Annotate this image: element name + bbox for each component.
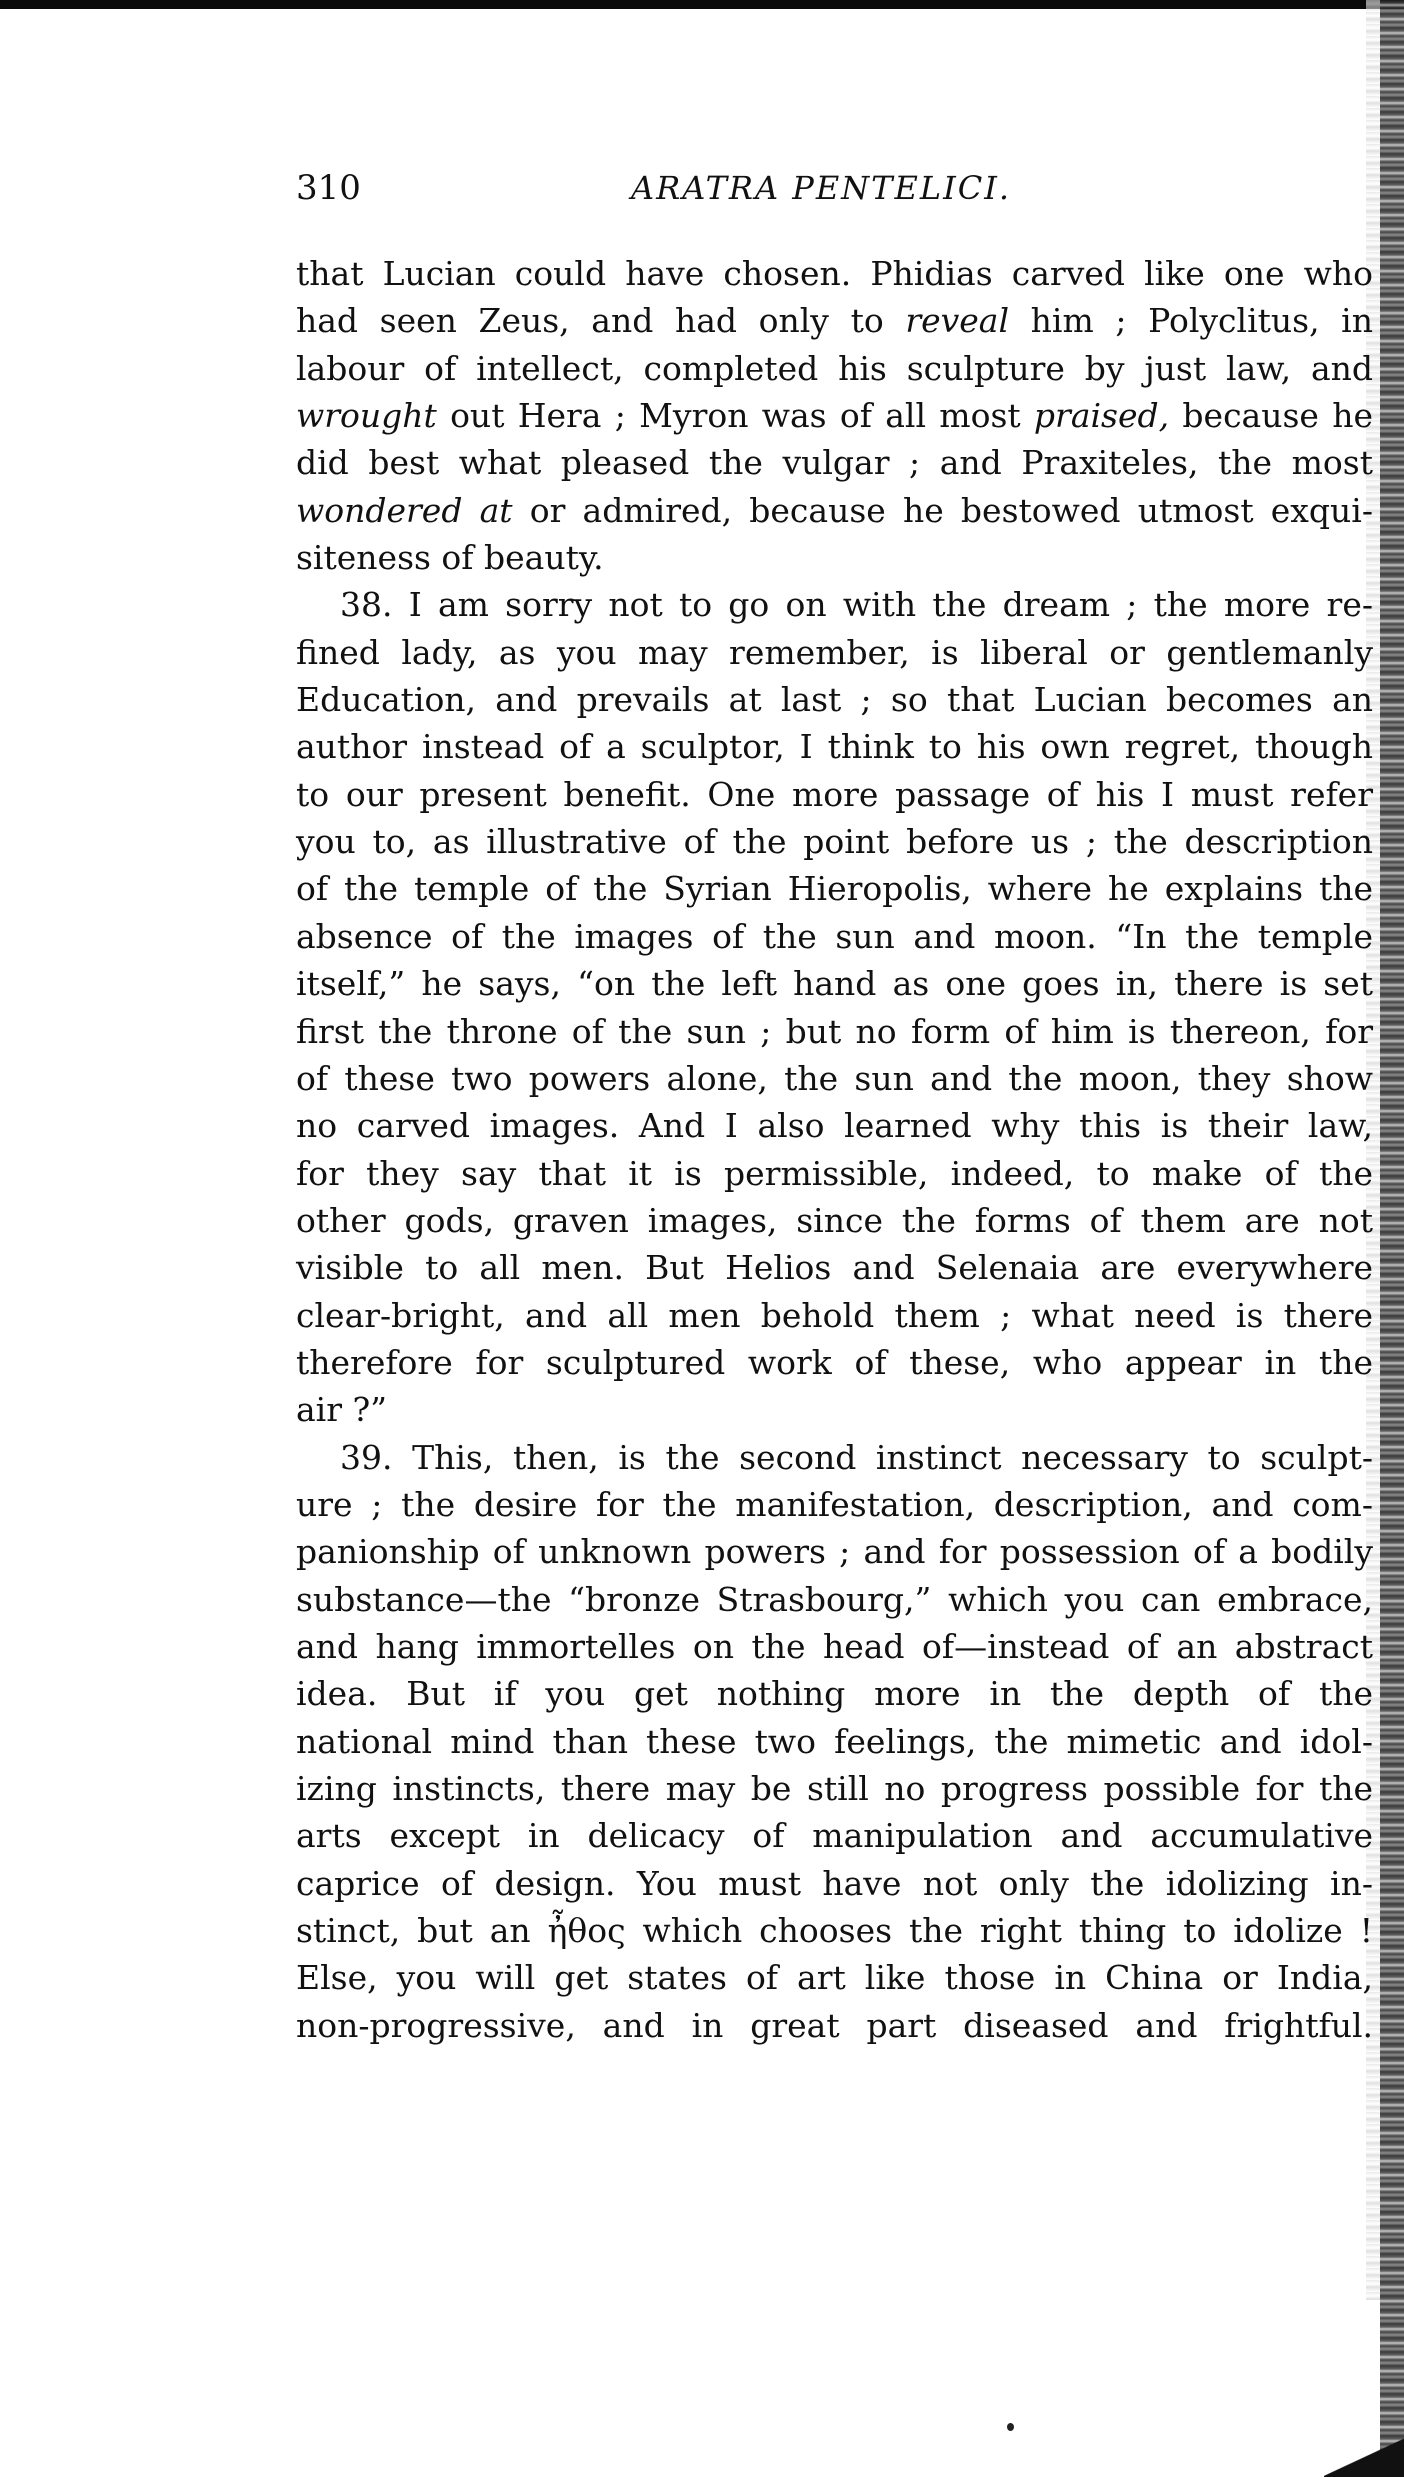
text-line: that Lucian could have chosen. Phidias c… bbox=[296, 250, 1373, 297]
running-title: ARATRA PENTELICI. bbox=[631, 166, 1011, 210]
emphasis: wrought bbox=[296, 396, 437, 435]
page-number: 310 bbox=[296, 166, 361, 210]
text-line: to our present benefit. One more passage… bbox=[296, 771, 1373, 818]
paragraph-p37-end: that Lucian could have chosen. Phidias c… bbox=[296, 250, 1373, 581]
paragraph-p38: 38. I am sorry not to go on with the dre… bbox=[296, 581, 1373, 1433]
scan-bottom-corner bbox=[1324, 2417, 1404, 2477]
text-line: fined lady, as you may remember, is libe… bbox=[296, 629, 1373, 676]
text-line: absence of the images of the sun and moo… bbox=[296, 913, 1373, 960]
text-line: other gods, graven images, since the for… bbox=[296, 1197, 1373, 1244]
text-line: of the temple of the Syrian Hieropolis, … bbox=[296, 865, 1373, 912]
emphasis: praised, bbox=[1034, 396, 1169, 435]
text-line: non-progressive, and in great part disea… bbox=[296, 2002, 1373, 2049]
text-line: national mind than these two feelings, t… bbox=[296, 1718, 1373, 1765]
text-line: izing instincts, there may be still no p… bbox=[296, 1765, 1373, 1812]
text-line: wondered at or admired, because he besto… bbox=[296, 487, 1373, 534]
text-line: siteness of beauty. bbox=[296, 534, 1373, 581]
emphasis: reveal bbox=[905, 301, 1009, 340]
text-line: substance—the “bronze Strasbourg,” which… bbox=[296, 1576, 1373, 1623]
text-line: therefore for sculptured work of these, … bbox=[296, 1339, 1373, 1386]
text-line: of these two powers alone, the sun and t… bbox=[296, 1055, 1373, 1102]
text-line: arts except in delicacy of manipulation … bbox=[296, 1812, 1373, 1859]
body-text: that Lucian could have chosen. Phidias c… bbox=[296, 250, 1373, 2049]
text-line: 38. I am sorry not to go on with the dre… bbox=[296, 581, 1373, 628]
emphasis: wondered at bbox=[296, 491, 513, 530]
text-line: first the throne of the sun ; but no for… bbox=[296, 1008, 1373, 1055]
scan-speck bbox=[1007, 2423, 1014, 2431]
text-line: clear-bright, and all men behold them ; … bbox=[296, 1292, 1373, 1339]
text-line: itself,” he says, “on the left hand as o… bbox=[296, 960, 1373, 1007]
paragraph-p39: 39. This, then, is the second instinct n… bbox=[296, 1434, 1373, 2049]
text-line: labour of intellect, completed his sculp… bbox=[296, 345, 1373, 392]
text-line: idea. But if you get nothing more in the… bbox=[296, 1670, 1373, 1717]
text-line: no carved images. And I also learned why… bbox=[296, 1102, 1373, 1149]
text-line: Education, and prevails at last ; so tha… bbox=[296, 676, 1373, 723]
scan-page-edge bbox=[1380, 0, 1404, 2477]
text-line: and hang immortelles on the head of—inst… bbox=[296, 1623, 1373, 1670]
text-line: ure ; the desire for the manifestation, … bbox=[296, 1481, 1373, 1528]
text-line: did best what pleased the vulgar ; and P… bbox=[296, 439, 1373, 486]
text-line: Else, you will get states of art like th… bbox=[296, 1954, 1373, 2001]
text-line: you to, as illustrative of the point bef… bbox=[296, 818, 1373, 865]
page-header: 310 ARATRA PENTELICI. bbox=[296, 166, 1373, 210]
text-line: caprice of design. You must have not onl… bbox=[296, 1860, 1373, 1907]
text-line: panionship of unknown powers ; and for p… bbox=[296, 1528, 1373, 1575]
text-line: stinct, but an ἦθος which chooses the ri… bbox=[296, 1907, 1373, 1954]
text-line: visible to all men. But Helios and Selen… bbox=[296, 1244, 1373, 1291]
text-line: 39. This, then, is the second instinct n… bbox=[296, 1434, 1373, 1481]
text-line: wrought out Hera ; Myron was of all most… bbox=[296, 392, 1373, 439]
text-line: had seen Zeus, and had only to reveal hi… bbox=[296, 297, 1373, 344]
text-line: for they say that it is permissible, ind… bbox=[296, 1150, 1373, 1197]
text-line: air ?” bbox=[296, 1386, 1373, 1433]
text-line: author instead of a sculptor, I think to… bbox=[296, 723, 1373, 770]
